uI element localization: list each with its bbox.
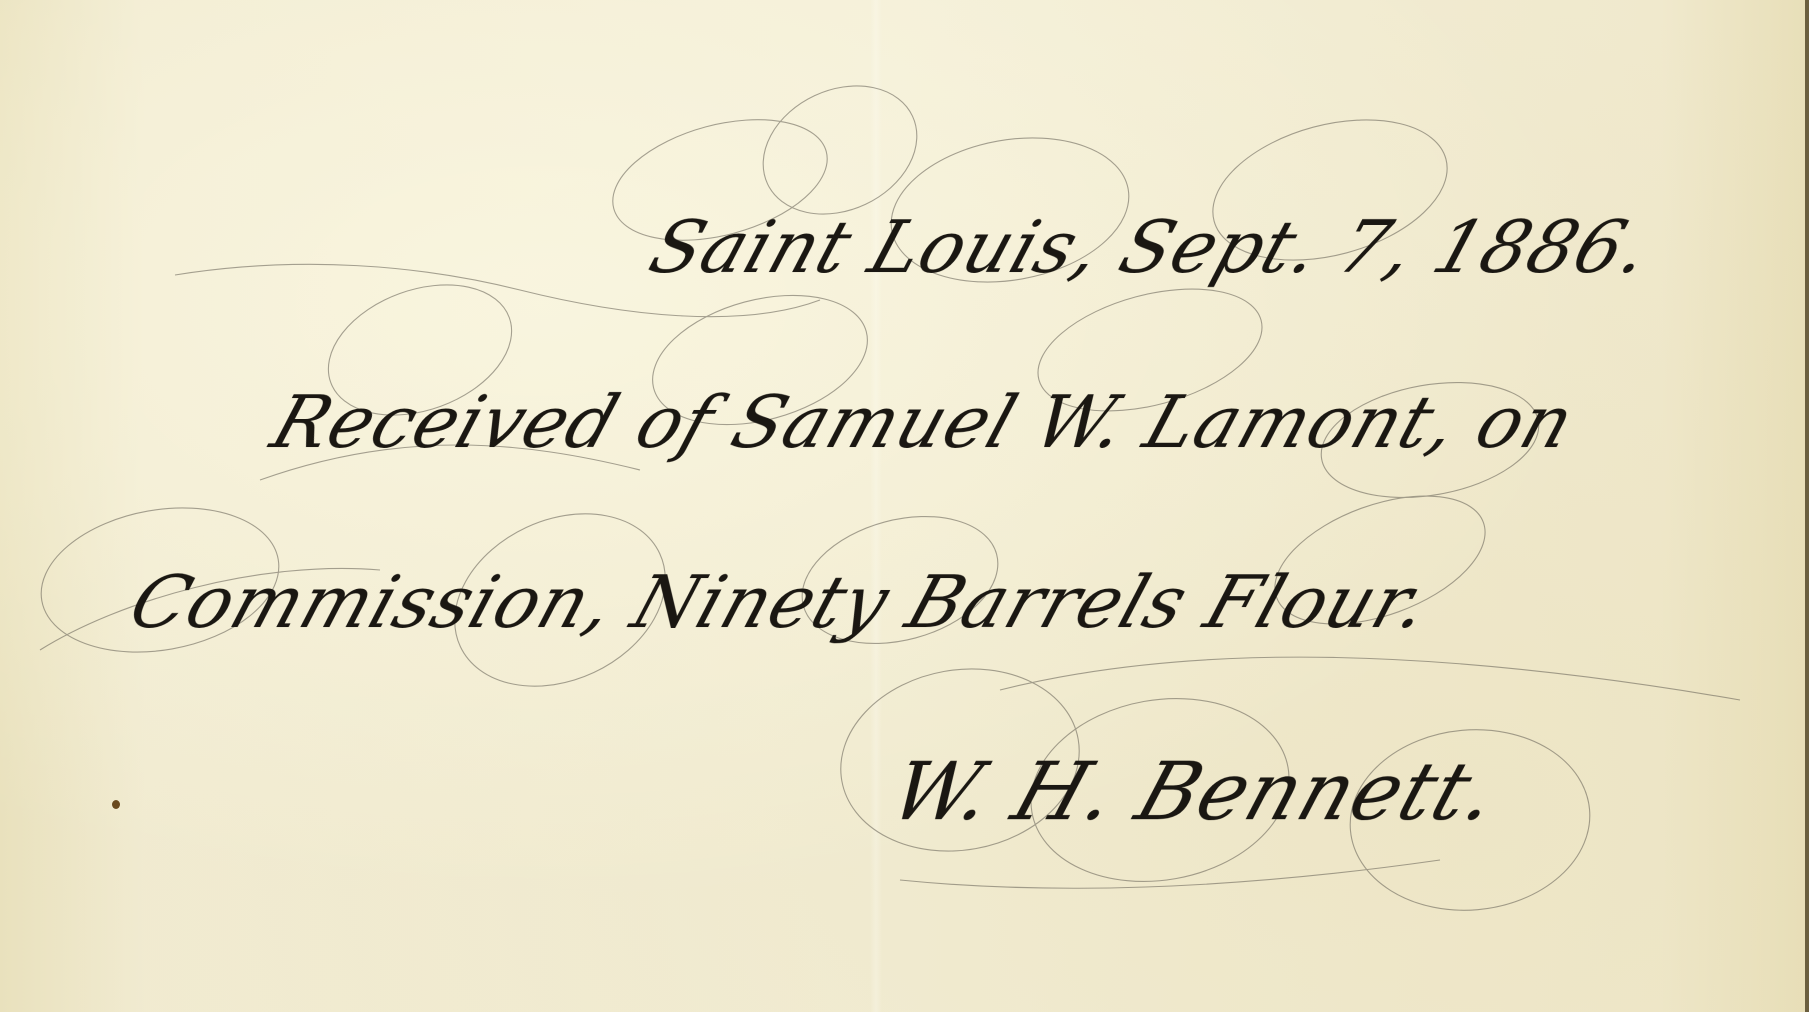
received-line: Received of Samuel W. Lamont, on <box>262 380 1585 464</box>
decorative-flourishes <box>0 0 1809 1012</box>
ink-spot <box>112 800 120 809</box>
signature: W. H. Bennett. <box>880 745 1510 838</box>
scan-edge <box>1805 0 1809 1012</box>
date-line: Saint Louis, Sept. 7, 1886. <box>640 205 1661 289</box>
commission-line: Commission, Ninety Barrels Flour. <box>120 560 1440 644</box>
